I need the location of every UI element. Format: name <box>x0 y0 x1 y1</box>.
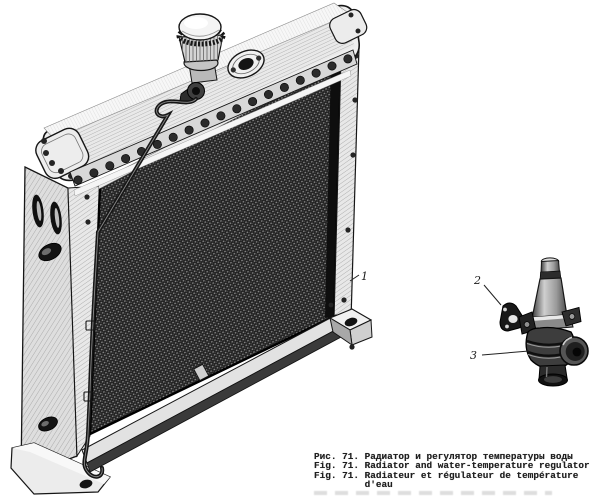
gasket-bolt-hole <box>505 325 509 329</box>
callout-3-label: 3 <box>470 349 477 362</box>
frame-bolt <box>341 297 346 302</box>
callout-3-leader <box>482 351 529 355</box>
tank-bolt <box>41 138 47 144</box>
radiator-drawing <box>11 3 372 494</box>
frame-bolt <box>350 152 355 157</box>
gasket-bolt-hole <box>503 308 507 312</box>
caption-cutoff-line <box>314 491 552 495</box>
tank-bolt <box>58 168 64 174</box>
figure-illustration: 1 2 3 <box>0 0 600 497</box>
regulator-valve <box>519 258 588 386</box>
scanned-figure-page: 1 2 3 Рис. 71. Радиатор и регулятор темп… <box>0 0 600 497</box>
tank-bolt <box>43 150 49 156</box>
caption-line-french-continuation: d'eau <box>314 480 600 489</box>
clamp-bolt-right <box>569 314 575 320</box>
tank-bolt <box>356 29 361 34</box>
frame-bolt <box>85 219 90 224</box>
figure-caption: Рис. 71. Радиатор и регулятор температур… <box>314 452 600 489</box>
outlet-hole <box>573 348 582 357</box>
tank-bolt <box>49 160 55 166</box>
frame-bolt <box>84 194 89 199</box>
frame-bolt <box>345 227 350 232</box>
frame-bolt <box>352 97 357 102</box>
gasket-center-hole <box>508 315 517 323</box>
regulator-drawing <box>500 258 588 386</box>
right-foot-bolt <box>349 344 354 349</box>
frame-bolt <box>329 303 334 308</box>
callout-1-label: 1 <box>361 270 368 283</box>
tank-bolt <box>349 13 354 18</box>
callout-2-leader <box>484 285 501 305</box>
clamp-bolt-left <box>524 322 530 328</box>
callout-2-label: 2 <box>473 274 481 287</box>
